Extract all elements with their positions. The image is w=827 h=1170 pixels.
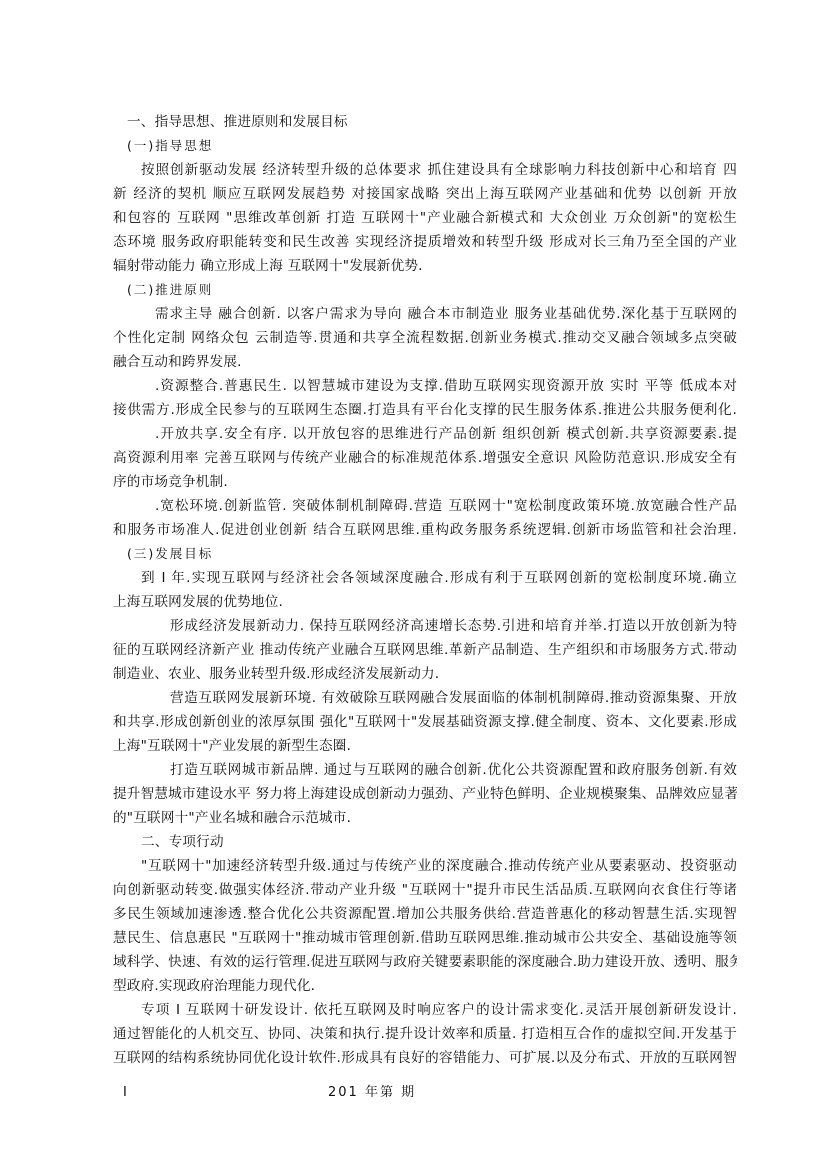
text-line: 辐射带动能力 确立形成上海 互联网十"发展新优势. — [113, 254, 737, 278]
text-line: 营造互联网发展新环境. 有效破除互联网融合发展面临的体制机制障碍.推动资源集聚、… — [113, 686, 737, 710]
page-footer: I 201 年第 期 — [113, 1081, 737, 1105]
text-line: 按照创新驱动发展 经济转型升级的总体要求 抓住建设具有全球影响力科技创新中心和培… — [113, 158, 737, 182]
text-line: 个性化定制 网络众包 云制造等.贯通和共享全流程数据.创新业务模式.推动交叉融合… — [113, 326, 737, 350]
text-line: 和包容的 互联网 "思维改革创新 打造 互联网十"产业融合新模式和 大众创业 万… — [113, 206, 737, 230]
text-line: (三)发展目标 — [113, 542, 737, 566]
text-line: 序的市场竞争机制. — [113, 470, 737, 494]
text-line: 形成经济发展新动力. 保持互联网经济高速增长态势.引进和培育并举.打造以开放创新… — [113, 614, 737, 638]
text-line: 提升智慧城市建设水平 努力将上海建设成创新动力强劲、产业特色鲜明、企业规模聚集、… — [113, 782, 737, 806]
text-line: 打造互联网城市新品牌. 通过与互联网的融合创新.优化公共资源配置和政府服务创新.… — [113, 758, 737, 782]
text-line: 上海"互联网十"产业发展的新型生态圈. — [113, 734, 737, 758]
text-line: "互联网十"加速经济转型升级.通过与传统产业的深度融合.推动传统产业从要素驱动、… — [113, 854, 737, 878]
text-line: 需求主导 融合创新. 以客户需求为导向 融合本市制造业 服务业基础优势.深化基于… — [113, 302, 737, 326]
text-line: 向创新驱动转变.做强实体经济.带动产业升级 "互联网十"提升市民生活品质.互联网… — [113, 878, 737, 902]
text-line: 和共享.形成创新创业的浓厚氛围 强化"互联网十"发展基础资源支撑.健全制度、资本… — [113, 710, 737, 734]
text-line: 征的互联网经济新产业 推动传统产业融合互联网思维.革新产品制造、生产组织和市场服… — [113, 638, 737, 662]
text-line: 到 I 年.实现互联网与经济社会各领域深度融合.形成有利于互联网创新的宽松制度环… — [113, 566, 737, 590]
text-line: 新 经济的契机 顺应互联网发展趋势 对接国家战略 突出上海互联网产业基础和优势 … — [113, 182, 737, 206]
issue-label: 201 年第 期 — [328, 1081, 416, 1105]
text-line: 的"互联网十"产业名城和融合示范城市. — [113, 806, 737, 830]
text-line: 互联网的结构系统协同优化设计软件.形成具有良好的容错能力、可扩展.以及分布式、开… — [113, 1046, 737, 1070]
text-line: 高资源利用率 完善互联网与传统产业融合的标准规范体系.增强安全意识 风险防范意识… — [113, 446, 737, 470]
text-line: 域科学、快速、有效的运行管理.促进互联网与政府关键要素职能的深度融合.助力建设开… — [113, 950, 737, 974]
text-line: .资源整合.普惠民生. 以智慧城市建设为支撑.借助互联网实现资源开放 实时 平等… — [113, 374, 737, 398]
text-line: 专项 I 互联网十研发设计. 依托互联网及时响应客户的设计需求变化.灵活开展创新… — [113, 998, 737, 1022]
text-line: 上海互联网发展的优势地位. — [113, 590, 737, 614]
text-line: 态环境 服务政府职能转变和民生改善 实现经济提质增效和转型升级 形成对长三角乃至… — [113, 230, 737, 254]
document-body: 一、指导思想、推进原则和发展目标(一)指导思想按照创新驱动发展 经济转型升级的总… — [113, 110, 737, 1070]
text-line: 和服务市场准人.促进创业创新 结合互联网思维.重构政务服务系统逻辑.创新市场监管… — [113, 518, 737, 542]
text-line: 一、指导思想、推进原则和发展目标 — [113, 110, 737, 134]
text-line: (一)指导思想 — [113, 134, 737, 158]
text-line: 慧民生、信息惠民 "互联网十"推动城市管理创新.借助互联网思维.推动城市公共安全… — [113, 926, 737, 950]
text-line: 接供需方.形成全民参与的互联网生态圈.打造具有平台化支撑的民生服务体系.推进公共… — [113, 398, 737, 422]
text-line: 多民生领域加速渗透.整合优化公共资源配置.增加公共服务供给.营造普惠化的移动智慧… — [113, 902, 737, 926]
text-line: (二)推进原则 — [113, 278, 737, 302]
text-line: 融合互动和跨界发展. — [113, 350, 737, 374]
page-number: I — [123, 1081, 127, 1105]
text-line: 通过智能化的人机交互、协同、决策和执行.提升设计效率和质量. 打造相互合作的虚拟… — [113, 1022, 737, 1046]
text-line: 制造业、农业、服务业转型升级.形成经济发展新动力. — [113, 662, 737, 686]
text-line: 型政府.实现政府治理能力现代化. — [113, 974, 737, 998]
text-line: 二、专项行动 — [113, 830, 737, 854]
text-line: .宽松环境.创新监管. 突破体制机制障碍.营造 互联网十"宽松制度政策环境.放宽… — [113, 494, 737, 518]
text-line: .开放共享.安全有序. 以开放包容的思维进行产品创新 组织创新 模式创新.共享资… — [113, 422, 737, 446]
